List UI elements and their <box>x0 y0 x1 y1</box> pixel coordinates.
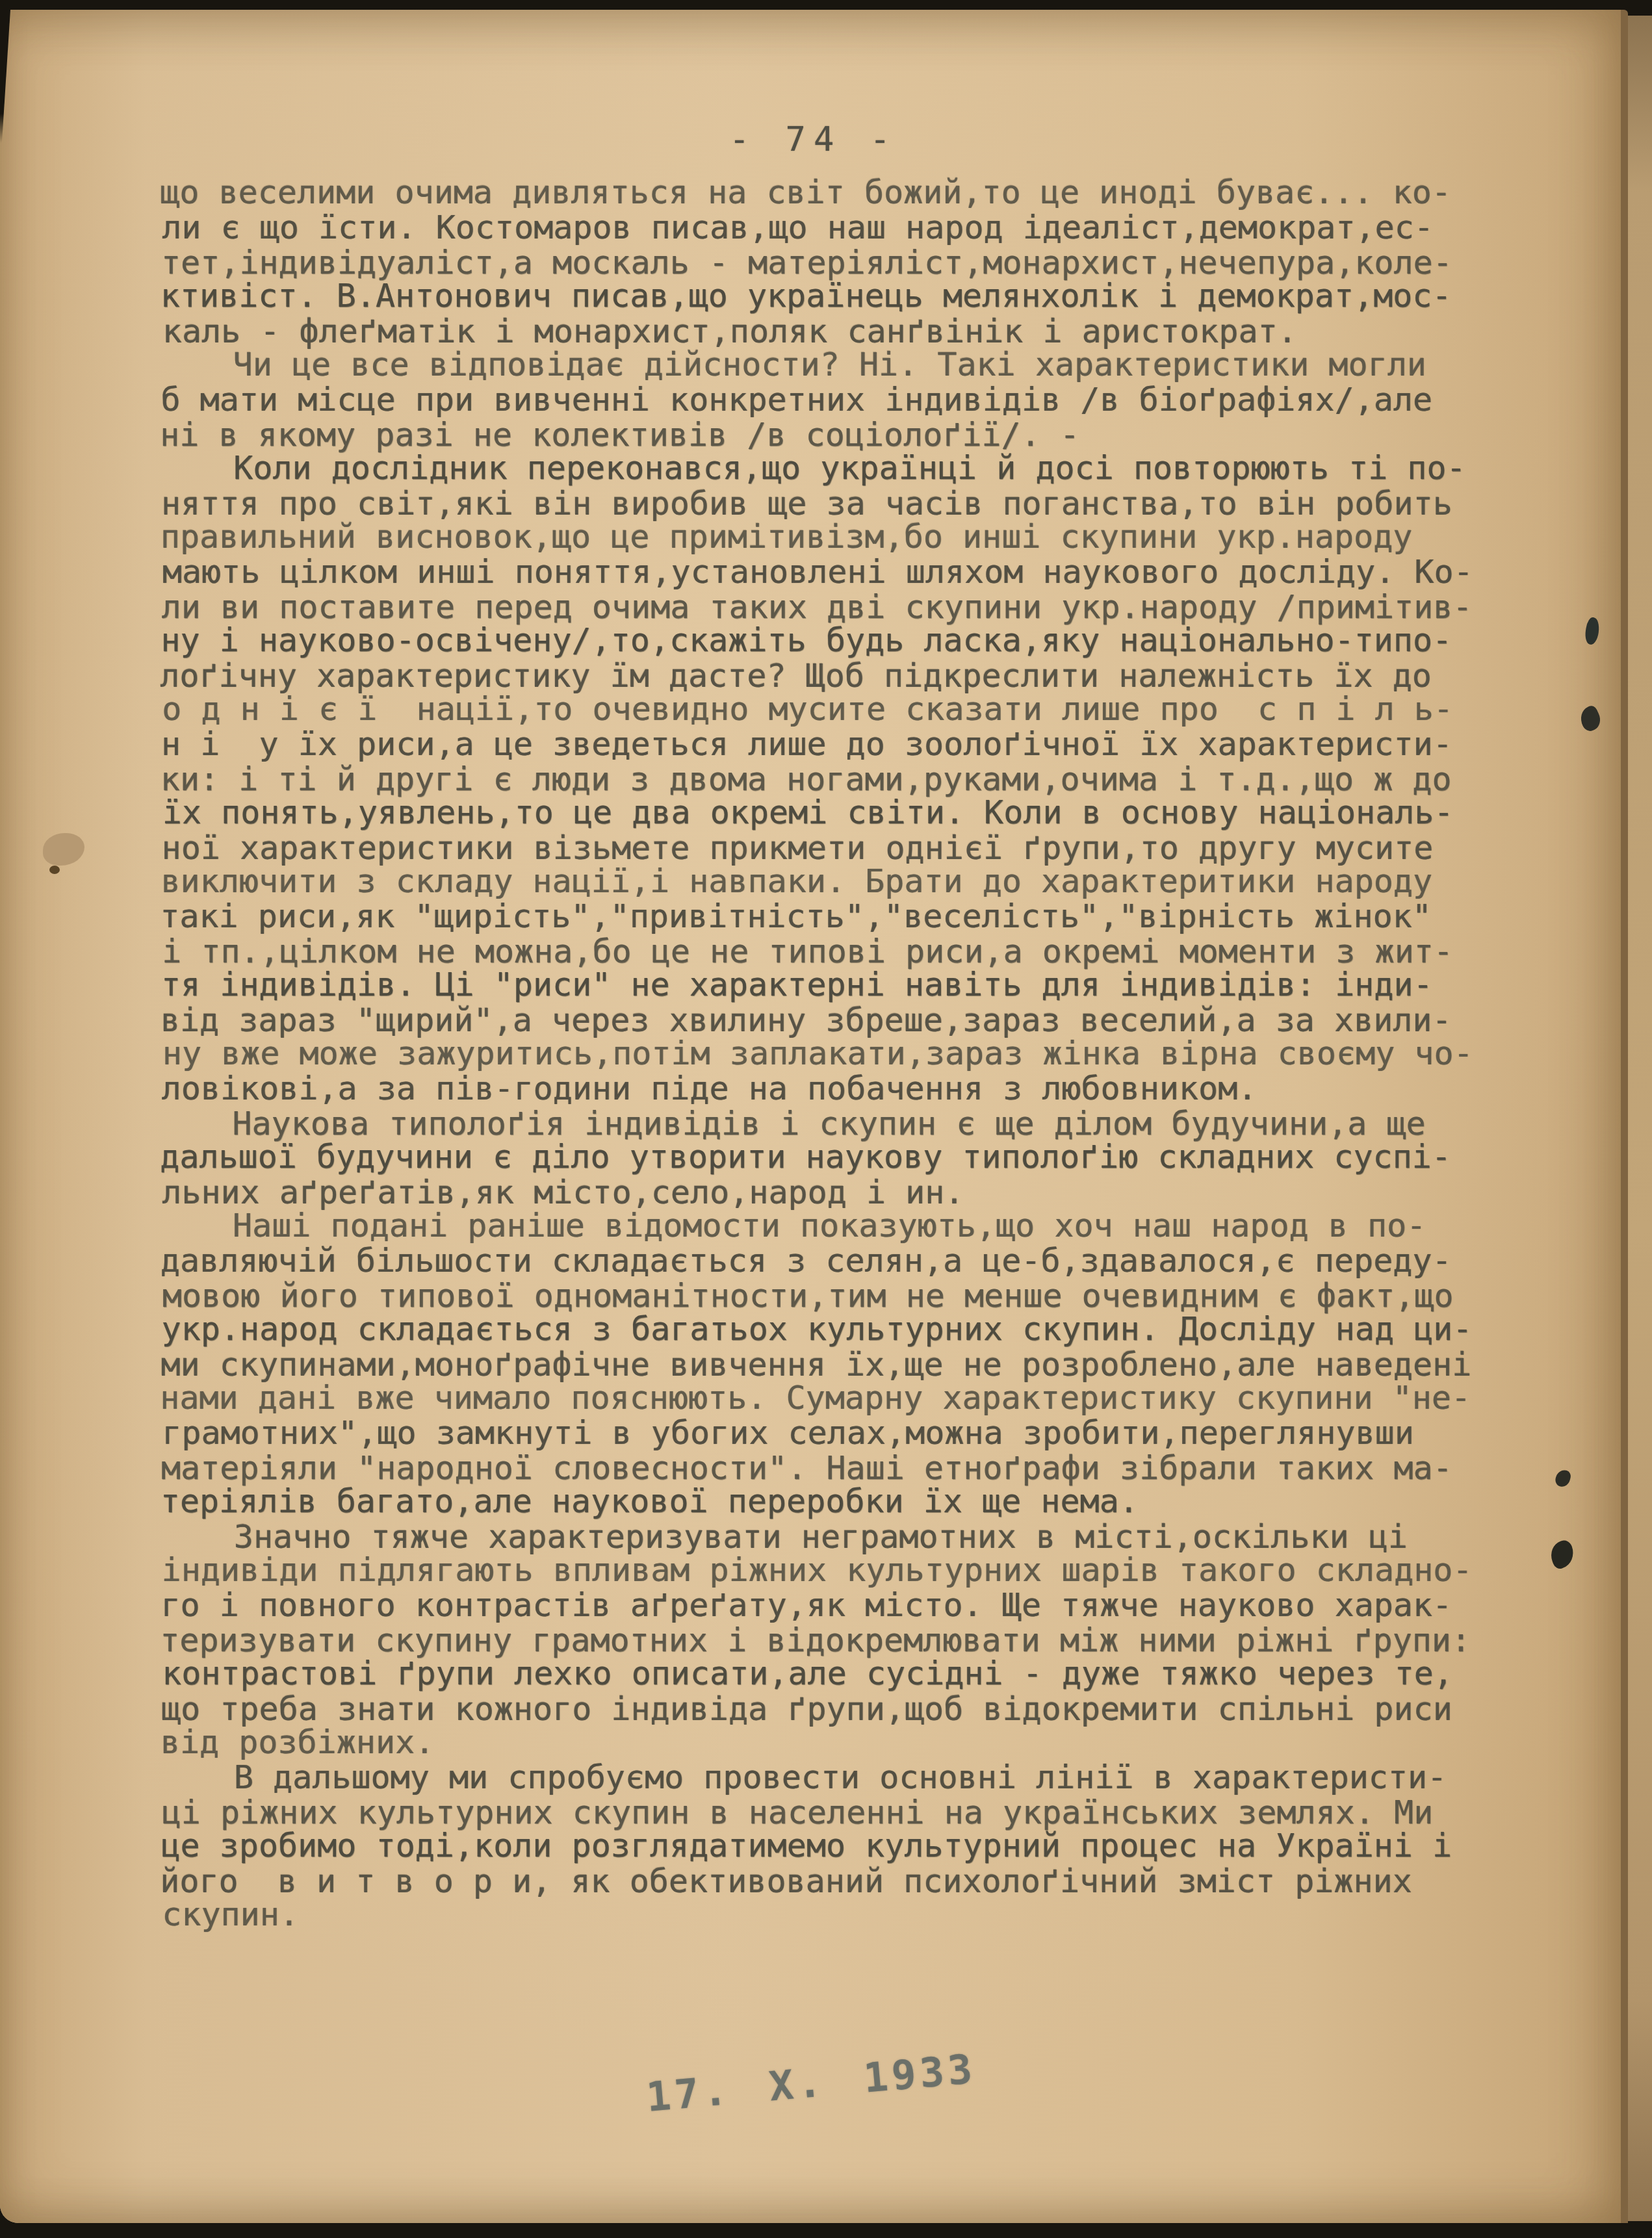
text-line: Наукова типолоґія індивідів і скупин є щ… <box>161 1107 1532 1141</box>
text-line: матеріяли "народної словесности". Наші е… <box>161 1451 1532 1486</box>
text-line: їх понять,уявлень,то це два окремі світи… <box>162 795 1534 830</box>
paper-smudge <box>43 833 84 866</box>
text-line: що веселими очима дивляться на світ божи… <box>160 175 1531 210</box>
ink-mark <box>1547 1538 1578 1571</box>
text-line: від зараз "щирий",а через хвилину збреше… <box>161 1003 1532 1038</box>
text-line: мають цілком инші поняття,установлені шл… <box>162 555 1534 589</box>
paragraph: Наукова типолоґія індивідів і скупин є щ… <box>161 1106 1532 1209</box>
paragraph: Наші подані раніше відомости показують,щ… <box>161 1209 1532 1519</box>
text-line: лоґічну характеристику їм дасте? Щоб під… <box>160 659 1531 693</box>
text-line: ли ви поставите перед очима таких дві ск… <box>162 590 1533 624</box>
paragraph: В дальшому ми спробуємо провести основні… <box>161 1760 1532 1933</box>
text-line: б мати місце при вивченні конкретних інд… <box>161 383 1532 417</box>
text-line: тет,індивідуаліст,а москаль - матеріяліс… <box>161 246 1532 280</box>
text-line: мовою його типової одноманітности,тим не… <box>162 1279 1534 1313</box>
ink-mark <box>1584 617 1601 645</box>
text-line: грамотних",що замкнуті в убогих селах,мо… <box>162 1416 1533 1450</box>
page-corner-shadow <box>0 10 10 143</box>
text-line: і тп.,цілком не можна,бо це не типові ри… <box>162 934 1533 969</box>
text-line: що треба знати кожного індивіда ґрупи,що… <box>161 1692 1532 1727</box>
text-line: теризувати скупину грамотних і відокремл… <box>160 1623 1531 1658</box>
text-line: правильний висновок,що це примітивізм,бо… <box>161 520 1532 554</box>
text-line: каль - флеґматік і монархист,поляк санґв… <box>162 315 1534 349</box>
text-line: Чи це все відповідає дійсности? Ні. Такі… <box>162 348 1533 382</box>
paragraph: Значно тяжче характеризувати неграмотних… <box>161 1519 1532 1760</box>
text-line: нами дані вже чимало пояснюють. Сумарну … <box>160 1381 1531 1415</box>
text-line: Значно тяжче характеризувати неграмотних… <box>162 1520 1534 1554</box>
document-page: - 74 - що веселими очима дивляться на св… <box>0 10 1628 2223</box>
text-line: це зробимо тоді,коли розглядатимемо куль… <box>161 1829 1532 1863</box>
text-line: ну вже може зажуритись,потім заплакати,з… <box>162 1036 1534 1071</box>
text-line: ки: і ті й другі є люди з двома ногами,р… <box>161 762 1532 797</box>
text-line: ну і науково-освічену/,то,скажіть будь л… <box>161 623 1532 658</box>
text-line: ктивіст. В.Антонович писав,що українець … <box>161 279 1532 313</box>
text-line: Наші подані раніше відомости показують,щ… <box>161 1209 1532 1243</box>
paragraph: Чи це все відповідає дійсности? Ні. Такі… <box>161 348 1532 452</box>
text-line: давляючій більшости складається з селян,… <box>161 1244 1532 1278</box>
text-line: дальшої будучини є діло утворити наукову… <box>160 1140 1531 1174</box>
text-line: льних аґреґатів,як місто,село,народ і ин… <box>162 1176 1533 1210</box>
page-number: - 74 - <box>729 120 898 159</box>
text-line: від розбіжних. <box>161 1725 1532 1760</box>
text-line: ли є що їсти. Костомаров писав,що наш на… <box>162 211 1533 245</box>
paragraph: що веселими очима дивляться на світ божи… <box>161 176 1532 348</box>
scan-background: { "page": { "number": "- 74 -", "stamp":… <box>0 0 1652 2238</box>
underlying-page-edge <box>1628 16 1652 2221</box>
text-line: о д н і є ї нації,то очевидно мусите ска… <box>162 692 1533 727</box>
text-line: контрастові ґрупи лехко описати,але сусі… <box>162 1656 1533 1691</box>
text-line: го і повного контрастів аґреґату,як міст… <box>161 1588 1532 1623</box>
date-stamp: 17. X. 1933 <box>645 2045 978 2121</box>
text-line: ні в якому разі не колективів /в соціоло… <box>160 418 1531 452</box>
text-line: няття про світ,які він виробив ще за час… <box>161 487 1532 521</box>
text-line: ловікові,а за пів-години піде на побачен… <box>162 1072 1533 1106</box>
ink-mark <box>1577 704 1604 733</box>
text-line: його в и т в о р и, як обективований пси… <box>160 1864 1531 1899</box>
text-line: тя індивідів. Ці "риси" не характерні на… <box>161 968 1532 1002</box>
text-line: ної характеристики візьмете прикмети одн… <box>162 831 1533 866</box>
text-line: В дальшому ми спробуємо провести основні… <box>162 1760 1534 1795</box>
paragraph: Коли дослідник переконався,що українці й… <box>161 452 1532 1106</box>
text-line: н і у їх риси,а це зведеться лише до зоо… <box>161 727 1532 762</box>
text-line: скупин. <box>162 1897 1533 1932</box>
text-line: Коли дослідник переконався,що українці й… <box>162 451 1533 485</box>
ink-dot <box>49 866 60 874</box>
text-line: теріялів багато,але наукової переробки ї… <box>161 1484 1532 1519</box>
text-line: такі риси,як "щирість","привітність","ве… <box>160 899 1531 934</box>
ink-mark <box>1554 1469 1572 1489</box>
text-line: виключити з складу нації,і навпаки. Брат… <box>161 864 1532 899</box>
text-line: ці ріжних культурних скупин в населенні … <box>162 1795 1533 1830</box>
text-line: індивіди підлягають впливам ріжних культ… <box>162 1553 1533 1588</box>
text-line: укр.народ складається з багатьох культур… <box>162 1312 1533 1346</box>
typewritten-text: що веселими очима дивляться на світ божи… <box>161 176 1532 1933</box>
text-line: ми скупинами,моноґрафічне вивчення їх,ще… <box>161 1348 1532 1382</box>
